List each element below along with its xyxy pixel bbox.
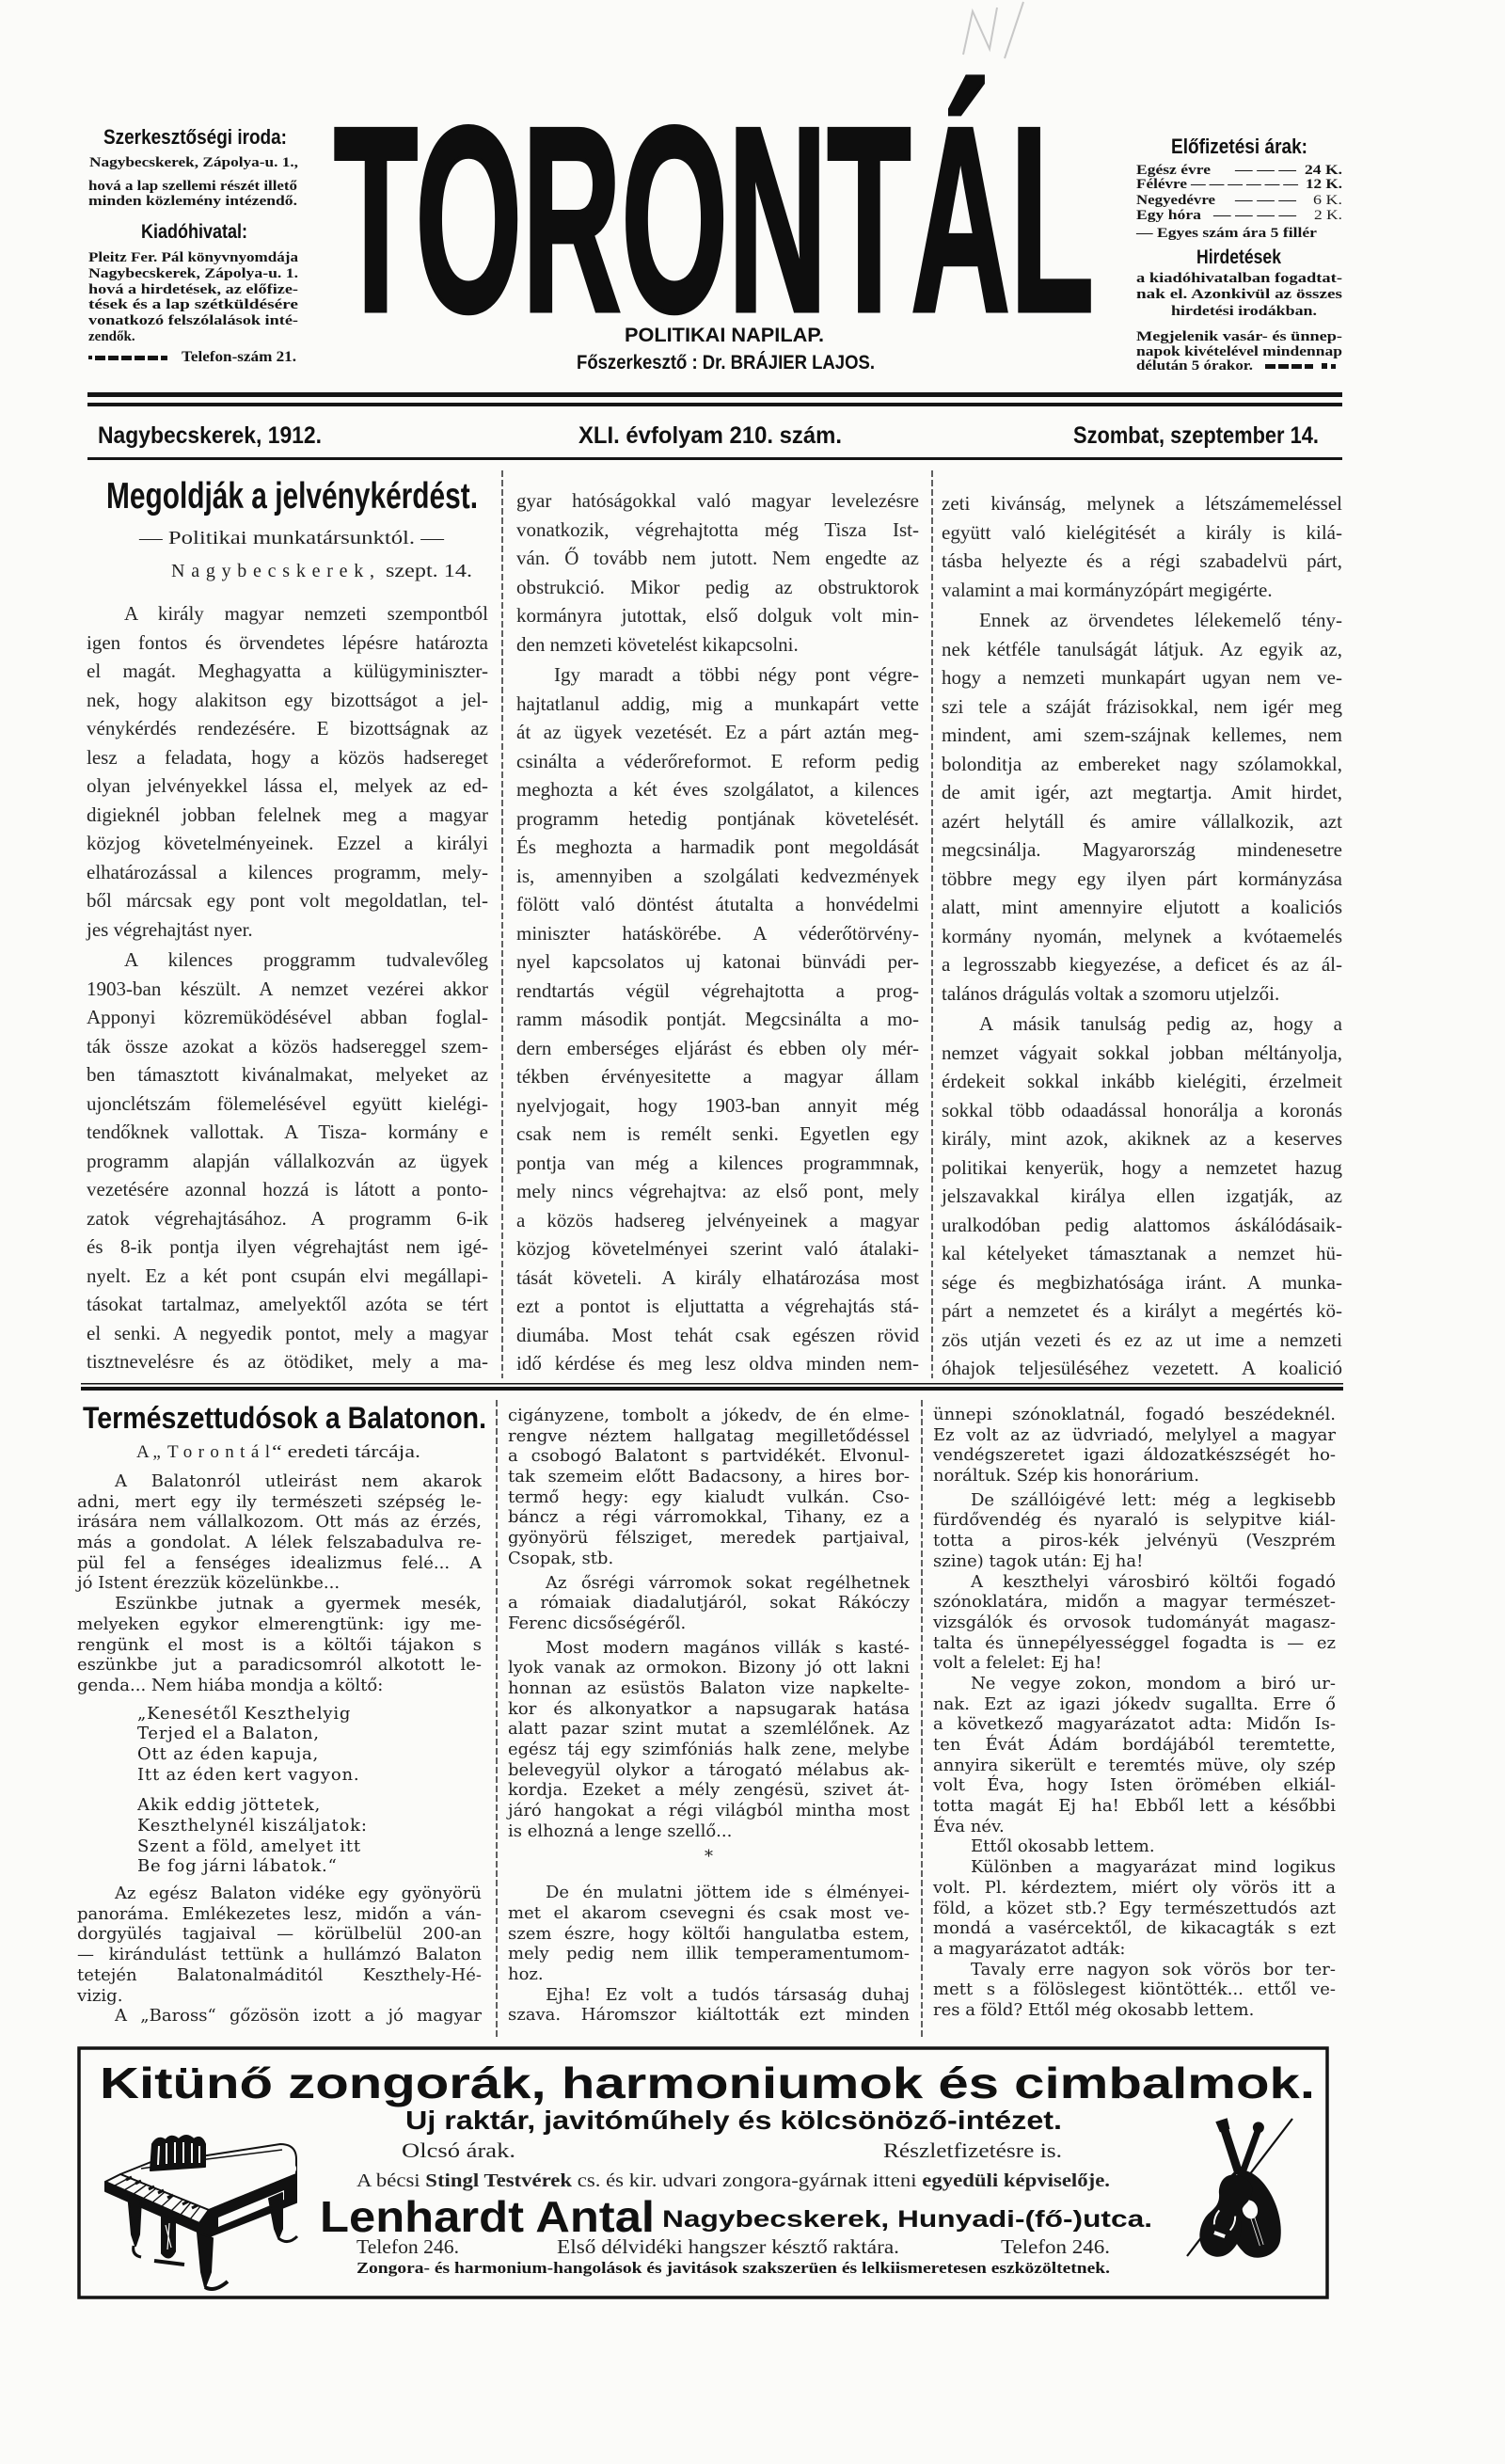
paragraph: A Balatonról utleirást nem akarokadni, m… xyxy=(77,1471,482,1594)
main-article-column-1: A király magyar nemzeti szempontbóligen … xyxy=(87,599,488,1376)
text-line: szónoklatára, midőn a magyar természet- xyxy=(933,1592,1336,1613)
text-line: gyar hatóságokkal való magyar levelezésr… xyxy=(516,486,919,516)
text-line: ván. Ő tovább nem jutott. Nem engedte az xyxy=(516,544,919,573)
ad-subheadline: Uj raktár, javitóműhely és kölcsönöző-in… xyxy=(405,2106,1062,2135)
text-line: a közös hadsereg jelvényeinek a magyar xyxy=(516,1206,919,1235)
text-line: A Balatonról utleirást nem akarok xyxy=(77,1471,482,1492)
ad-address: Nagybecskerek, Hunyadi-(fő-)utca. xyxy=(662,2206,1152,2233)
ads-heading: Hirdetések xyxy=(1196,246,1281,268)
price-row: Félévre — — — — — — 12 K. xyxy=(1136,177,1342,192)
paragraph: A „Baross“ gőzösön izott a jó magyar xyxy=(77,2006,482,2027)
main-article-dateline-place: Nagybecskerek, xyxy=(171,561,374,581)
text-line: pül fel a fenséges idealizmus felé... A xyxy=(77,1553,482,1574)
price-leader: — — — — xyxy=(1212,208,1297,223)
text-line: ben támasztott kivánalmakat, melyeket az xyxy=(87,1060,488,1089)
text-line: jelszavakkal királya ellen izgatják, az xyxy=(942,1182,1342,1211)
text-line: A kilences proggramm tudvalevőleg xyxy=(87,946,488,975)
text-line: más a gondolat. A lélek felszabadulva re… xyxy=(77,1533,482,1553)
nameplate: TORONTÁL POLITIKAI NAPILAP. Főszerkesztő… xyxy=(334,73,1094,374)
text-line: Akik eddig jöttetek, xyxy=(77,1795,482,1816)
feuilleton-column-2: cigányzene, tombolt a jókedv, de én elme… xyxy=(508,1406,910,2026)
ad-right-note: Részletfizetésre is. xyxy=(883,2138,1062,2162)
ad-representation-part: cs. és kir. udvari zongora-gyárnak itten… xyxy=(572,2170,922,2191)
paragraph: „Kenesétől KeszthelyigTerjed el a Balato… xyxy=(77,1704,482,1786)
text-line: mely pedig nem illik temperamentumom- xyxy=(508,1944,910,1964)
text-line: nyelvjogait, hogy 1903-ban annyit még xyxy=(516,1091,919,1121)
text-line: vénykérdés rendezésére. E bizottságnak a… xyxy=(87,714,488,743)
text-line: tásokat tartalmaz, amelyektől azóta se t… xyxy=(87,1290,488,1319)
paragraph: gyar hatóságokkal való magyar levelezésr… xyxy=(516,486,919,659)
text-line: de amit igér, azt megtartja. Amit hirdet… xyxy=(942,778,1342,807)
paragraph: Az ősrégi várromok sokat regélhetneka ró… xyxy=(508,1573,910,1634)
text-line: * xyxy=(508,1847,910,1868)
text-line: nyel kapcsolatos uj katonai bünvádi per- xyxy=(516,947,919,977)
pencil-mark-icon xyxy=(963,2,1023,58)
paragraph: Most modern magános villák s kasté-lyok … xyxy=(508,1638,910,1842)
text-line: Csopak, stb. xyxy=(508,1549,910,1569)
text-line: többre megy egy ilyen párt kormányzása xyxy=(942,865,1342,894)
text-line: Ejha! Ez volt a tudós társaság duhaj xyxy=(508,1985,910,2006)
text-line: el senki. A negyedik pontot, mely a magy… xyxy=(87,1319,488,1348)
text-line: egész táj egy szimfóniás halk zene, mely… xyxy=(508,1740,910,1760)
text-line: adni, mert egy ily természeti szépség le… xyxy=(77,1492,482,1513)
text-line: tetején Balatonalmáditól Keszthely-Hé- xyxy=(77,1965,482,1986)
ad-representation-part: A bécsi xyxy=(356,2170,425,2191)
text-line: Tavaly erre nagyon sok vörös bor ter- xyxy=(933,1960,1336,1980)
text-line: ből márcsak egy pont volt megoldatlan, t… xyxy=(87,886,488,915)
feuilleton-kicker-suffix: “ eredeti tárcája. xyxy=(272,1442,420,1462)
text-line: nemzet vágyait sokkal jobban méltányolja… xyxy=(942,1039,1342,1068)
text-line: valamint a mai kormányzópárt megigérte. xyxy=(942,576,1342,605)
text-line: res a föld? Ettől még okosabb lettem. xyxy=(933,2000,1336,2021)
text-line: „Kenesétől Keszthelyig xyxy=(77,1704,482,1725)
text-line: kor és alkonyatkor a napsugarak hatása xyxy=(508,1699,910,1720)
text-line: diumába. Most tehát csak egészen rövid xyxy=(516,1321,919,1350)
text-line: 1903-ban készült. A nemzet vezérei akkor xyxy=(87,975,488,1004)
text-line: jes végrehajtást nyer. xyxy=(87,915,488,945)
text-line: Különben a magyarázat mind logikus xyxy=(933,1857,1336,1878)
text-line: talta és ünnepélyességgel fogadta is — e… xyxy=(933,1633,1336,1654)
text-line: együtt való kielégitését a király is kil… xyxy=(942,518,1342,548)
text-line: tékben érvényesitette a magyar állam xyxy=(516,1062,919,1091)
text-line: Szent a föld, amelyet itt xyxy=(77,1836,482,1857)
newspaper-subtitle: POLITIKAI NAPILAP. xyxy=(625,325,824,346)
text-line: vizig. xyxy=(77,1986,482,2007)
text-line: Be fog járni lábatok.“ xyxy=(77,1856,482,1877)
text-line: a következő magyarázatot adta: Midőn Is- xyxy=(933,1714,1336,1735)
price-leader: — — — xyxy=(1234,163,1297,178)
publisher-line: tések és a lap szétküldésére xyxy=(88,297,298,312)
text-line: zös utján vezeti és ez az ut ime a nemze… xyxy=(942,1326,1342,1355)
price-row: Negyedévre — — — 6 K. xyxy=(1136,193,1342,208)
text-line: panoráma. Emlékezetes lesz, midőn a ván- xyxy=(77,1904,482,1925)
text-line: programm hetedig pontjának követelését. xyxy=(516,804,919,834)
text-line: vizsgálók és orvosok tudományát magasz- xyxy=(933,1613,1336,1633)
text-line: volt Éva, hogy Isten örömében elkiál- xyxy=(933,1775,1336,1796)
text-line: hajtatlanul addig, mig a munkapárt vette xyxy=(516,690,919,719)
text-line: vezetésére azonnal hozzá is látott a pon… xyxy=(87,1175,488,1204)
text-line: lyok vanak az ormokon. Bizony jó ott lak… xyxy=(508,1658,910,1678)
text-line: den nemzeti követelést kikapcsolni. xyxy=(516,630,919,660)
text-line: Ez volt az az üdvriadó, melylyel a magya… xyxy=(933,1425,1336,1446)
text-line: csak nem is remélt senki. Egyetlen egy xyxy=(516,1120,919,1149)
feuilleton-head: Természettudósok a Balatonon. A „ Toront… xyxy=(83,1401,486,1462)
text-line: kormány nyomán, melynek a kvótaemelés xyxy=(942,922,1342,951)
text-line: ramm második pontját. Megcsinálta a mo- xyxy=(516,1005,919,1034)
text-line: párt a nemzetet és a királyt a megértés … xyxy=(942,1296,1342,1326)
text-line: mindent, ami szem-szájnak kellemes, nem xyxy=(942,721,1342,750)
text-line: szava. Háromszor kiáltották ezt minden xyxy=(508,2005,910,2026)
text-line: a legrosszabb kiegyezése, a deficet és a… xyxy=(942,950,1342,979)
text-line: Igy maradt a többi négy pont végre- xyxy=(516,660,919,690)
paragraph: A keszthelyi városbiró költői fogadószón… xyxy=(933,1572,1336,1674)
paragraph: Ejha! Ez volt a tudós társaság duhajszav… xyxy=(508,1985,910,2026)
price-row: Egész évre — — — 24 K. xyxy=(1136,163,1342,178)
text-line: nek, hogy alakitson egy bizottságot a je… xyxy=(87,686,488,715)
ornament-dashes-icon xyxy=(88,356,167,360)
text-line: el magát. Meghagyatta a külügyminiszter- xyxy=(87,657,488,686)
text-line: alatt, mint amennyire eljutott a koalici… xyxy=(942,893,1342,922)
price-value: 12 K. xyxy=(1306,177,1342,192)
price-leader: — — — xyxy=(1234,193,1297,208)
text-line: ezt a pontot is eljuttatta a végrehajtás… xyxy=(516,1292,919,1321)
ads-line: hirdetési irodákban. xyxy=(1171,304,1317,319)
text-line: olyan jelvényekkel lássa el, melyek az e… xyxy=(87,771,488,801)
issue-date: Szombat, szeptember 14. xyxy=(1073,422,1319,449)
ad-phone-right: Telefon 246. xyxy=(1001,2235,1110,2258)
text-line: met el akarom csevegni és csak most ve- xyxy=(508,1903,910,1924)
price-row: Egy hóra — — — — 2 K. xyxy=(1136,208,1342,223)
text-line: mett s a fölöslegest kiöntötték... ettől… xyxy=(933,1979,1336,2000)
text-line: pontja van még a kilences programmnak, xyxy=(516,1149,919,1178)
text-line: genda... Nem hiába mondja a költő: xyxy=(77,1676,482,1696)
price-value: 2 K. xyxy=(1314,208,1342,223)
string-instruments-illustration xyxy=(1187,2112,1292,2265)
text-line: melyeken egykor elmerengtünk: igy me- xyxy=(77,1614,482,1635)
grand-piano-illustration xyxy=(105,2136,297,2289)
text-line: irására nem vállalkozom. Ott más az érzé… xyxy=(77,1512,482,1533)
text-line: gyönyörü félsziget, meredek partjaival, xyxy=(508,1528,910,1549)
text-line: sokkal több odaadással honorálja a koron… xyxy=(942,1096,1342,1125)
text-line: De én mulatni jöttem ide s élményei- xyxy=(508,1883,910,1903)
paragraph: cigányzene, tombolt a jókedv, de én elme… xyxy=(508,1406,910,1569)
text-line: rengve néztem hallgatag megilletődéssel xyxy=(508,1426,910,1447)
paragraph: zeti kivánság, melynek a létszámemelésse… xyxy=(942,489,1342,604)
text-line: digieknél jobban felelnek meg a magyar xyxy=(87,801,488,830)
text-line: Keszthelynél kiszáljatok: xyxy=(77,1816,482,1836)
text-line: igen fontos és örvendetes lépésre határo… xyxy=(87,628,488,658)
paragraph: A király magyar nemzeti szempontbóligen … xyxy=(87,599,488,944)
paragraph: Tavaly erre nagyon sok vörös bor ter-met… xyxy=(933,1960,1336,2021)
text-line: annyira sikerült e teremtés müve, oly sz… xyxy=(933,1756,1336,1776)
text-line: király, mint azok, akiknek az a keserves xyxy=(942,1124,1342,1153)
ad-representation: A bécsi Stingl Testvérek cs. és kir. udv… xyxy=(356,2170,1110,2191)
paragraph: Ettől okosabb lettem. xyxy=(933,1836,1336,1857)
newspaper-title: TORONTÁL xyxy=(334,73,1094,367)
text-line: kordja. Ezeket a mély zengésü, szivet át… xyxy=(508,1780,910,1801)
paragraph: Különben a magyarázat mind logikusvolt. … xyxy=(933,1857,1336,1959)
main-article-head: Megoldják a jelvénykérdést. — Politikai … xyxy=(106,476,478,581)
text-line: a csobogó Balatont s partvidékét. Elvonu… xyxy=(508,1446,910,1467)
text-line: óhajok teljesüléséhez vezetett. A koalic… xyxy=(942,1354,1342,1383)
text-line: Most modern magános villák s kasté- xyxy=(508,1638,910,1659)
text-line: Éva név. xyxy=(933,1817,1336,1837)
volume-issue: XLI. évfolyam 210. szám. xyxy=(578,422,842,449)
publisher-heading: Kiadóhivatal: xyxy=(141,221,247,243)
ad-services: Zongora- és harmonium-hangolások és javi… xyxy=(356,2259,1110,2277)
text-line: alatt pazar szint mutat a szemlélőnek. A… xyxy=(508,1719,910,1740)
text-line: jó Istent érezzük közelünkbe... xyxy=(77,1573,482,1594)
text-line: tisztnevelésre és az ötödiket, mely a ma… xyxy=(87,1347,488,1376)
text-line: totta magát Ej ha! Ebből lett a későbbi xyxy=(933,1796,1336,1817)
text-line: Az ősrégi várromok sokat regélhetnek xyxy=(508,1573,910,1594)
text-line: elhatározással a kilences programm, mely… xyxy=(87,858,488,887)
text-line: Ennek az örvendetes lélekemelő tény- xyxy=(942,606,1342,635)
text-line: programm alapján vállalkozván az ügyek xyxy=(87,1147,488,1176)
publisher-line: Nagybecskerek, Zápolya-u. 1. xyxy=(88,266,298,281)
text-line: járó hangokat a régi világból mintha mos… xyxy=(508,1801,910,1821)
ads-line: nak el. Azonkivül az összes xyxy=(1136,287,1342,302)
publication-line: napok kivételével mindennap xyxy=(1136,344,1342,359)
text-line: totta a piros-kék jelvényü (Veszprém xyxy=(933,1531,1336,1551)
publication-line: délután 5 órakor. xyxy=(1136,358,1253,374)
text-line: Apponyi közremüködésével abban foglal- xyxy=(87,1003,488,1032)
text-line: dern emberséges eljárást és ebben oly mé… xyxy=(516,1034,919,1063)
ad-phone-left: Telefon 246. xyxy=(356,2235,459,2258)
text-line: volt a felelet: Ej ha! xyxy=(933,1653,1336,1674)
paragraph: Ennek az örvendetes lélekemelő tény-nek … xyxy=(942,606,1342,1008)
text-line: Terjed el a Balaton, xyxy=(77,1724,482,1744)
price-period: Egy hóra xyxy=(1136,208,1202,223)
editorial-office-box: Szerkesztőségi iroda: Nagybecskerek, Záp… xyxy=(88,125,299,365)
main-article-dateline-date: szept. 14. xyxy=(386,561,472,581)
text-line: sége és megbizhatósága iránt. A munka- xyxy=(942,1268,1342,1297)
price-value: 6 K. xyxy=(1313,193,1342,208)
publication-line: Megjelenik vasár- és ünnep- xyxy=(1136,329,1342,344)
text-line: ünnepi szónoklatnál, fogadó beszédeknél. xyxy=(933,1405,1336,1425)
place-and-year: Nagybecskerek, 1912. xyxy=(98,422,322,449)
main-article-column-2: gyar hatóságokkal való magyar levelezésr… xyxy=(516,486,919,1378)
text-line: fölött való döntést átutalta a honvédelm… xyxy=(516,890,919,919)
text-line: termő hegy: egy kialudt vulkán. Cso- xyxy=(508,1487,910,1508)
text-line: A „Baross“ gőzösön izott a jó magyar xyxy=(77,2006,482,2027)
single-issue-price: — Egyes szám ára 5 fillér xyxy=(1135,226,1318,241)
price-value: 24 K. xyxy=(1305,163,1342,178)
ads-line: a kiadóhivatalban fogadtat- xyxy=(1136,271,1342,286)
text-line: tásba helyezte és a régi szabadelvü párt… xyxy=(942,547,1342,576)
text-line: honnan az esüstös Balaton vize napkelte- xyxy=(508,1678,910,1699)
text-line: vendégszeretet igazi áldozatkészségét ho… xyxy=(933,1445,1336,1466)
text-line: meghozta a két éves szolgálatot, a kilen… xyxy=(516,775,919,804)
editorial-note-line: minden közlemény intézendő. xyxy=(88,194,297,209)
text-line: ujonclétszám fölemelésével együtt kielég… xyxy=(87,1089,488,1119)
text-line: szine) tagok után: Ej ha! xyxy=(933,1551,1336,1572)
text-line: A király magyar nemzeti szempontból xyxy=(87,599,488,628)
main-article-byline: — Politikai munkatársunktól. — xyxy=(138,528,445,548)
text-line: vonatkozik, végrehajtotta még Tisza Ist- xyxy=(516,516,919,545)
text-line: idő kérdése és meg lesz oldva minden nem… xyxy=(516,1349,919,1378)
paragraph: * xyxy=(508,1847,910,1868)
editorial-note-line: hová a lap szellemi részét illető xyxy=(88,179,298,194)
feuilleton-column-3: ünnepi szónoklatnál, fogadó beszédeknél.… xyxy=(933,1405,1336,2021)
paragraph: Ne vegye zokon, mondom a biró ur-nak. Ez… xyxy=(933,1674,1336,1837)
paragraph: Igy maradt a többi négy pont végre-hajta… xyxy=(516,660,919,1378)
paragraph: De szállóigévé lett: még a legkisebbfürd… xyxy=(933,1490,1336,1572)
text-line: cigányzene, tombolt a jókedv, de én elme… xyxy=(508,1406,910,1426)
price-leader: — — — — — — xyxy=(1190,177,1299,192)
paragraph: Eszünkbe jutnak a gyermek mesék,melyeken… xyxy=(77,1594,482,1695)
text-line: De szállóigévé lett: még a legkisebb xyxy=(933,1490,1336,1511)
publisher-line: Pleitz Fer. Pál könyvnyomdája xyxy=(88,250,299,265)
text-line: kormányra jutottak, első dolguk volt min… xyxy=(516,601,919,630)
feuilleton-kicker-name: Torontál xyxy=(167,1442,270,1462)
text-line: közjog követelményeinek. Ezzel a királyi xyxy=(87,829,488,858)
piano-advertisement: Kitünő zongorák, harmoniumok és cimbalmo… xyxy=(79,2048,1327,2297)
price-period: Félévre xyxy=(1136,177,1187,192)
paragraph: De én mulatni jöttem ide s élményei-met … xyxy=(508,1883,910,1984)
feuilleton-column-1: A Balatonról utleirást nem akarokadni, m… xyxy=(77,1471,482,2027)
ad-representation-brand: Stingl Testvérek xyxy=(425,2170,573,2191)
subscription-heading: Előfizetési árak: xyxy=(1171,135,1307,158)
issue-dateline: Nagybecskerek, 1912. XLI. évfolyam 210. … xyxy=(98,422,1319,449)
publisher-line: vonatkozó felszólalások inté- xyxy=(88,313,298,328)
text-line: talános drágulás voltak a szomoru utjelz… xyxy=(942,979,1342,1009)
text-line: bolonditja az embereket nagy szólamokkal… xyxy=(942,750,1342,779)
text-line: Az egész Balaton vidéke egy gyönyörü xyxy=(77,1884,482,1904)
feuilleton-headline: Természettudósok a Balatonon. xyxy=(83,1401,486,1435)
text-line: Ne vegye zokon, mondom a biró ur- xyxy=(933,1674,1336,1694)
paragraph: A kilences proggramm tudvalevőleg1903-ba… xyxy=(87,946,488,1376)
text-line: tását követeli. A király elhatározása mo… xyxy=(516,1264,919,1293)
ad-left-note: Olcsó árak. xyxy=(402,2138,515,2162)
feuilleton-kicker-prefix: A „ xyxy=(136,1442,161,1462)
subscription-box: Előfizetési árak: Egész évre — — — 24 K.… xyxy=(1135,135,1342,374)
main-article-column-3: zeti kivánság, melynek a létszámemelésse… xyxy=(942,489,1342,1383)
text-line: ten Évát Ádám bordájából teremtette, xyxy=(933,1735,1336,1756)
text-line: kal kételyeket támasztanak a nemzet hü- xyxy=(942,1239,1342,1268)
text-line: — kirándulást tettünk a hullámzó Balaton xyxy=(77,1945,482,1965)
text-line: uralkodóban pedig alattomos áskálódásaik… xyxy=(942,1211,1342,1240)
text-line: tak szemeim előtt Badacsony, a hires bor… xyxy=(508,1467,910,1487)
text-line: Ott az éden kapuja, xyxy=(77,1744,482,1765)
text-line: szem észre, hogy költői hangulatba estem… xyxy=(508,1924,910,1945)
text-line: nyelt. Ez a két pont csupán elvi megálla… xyxy=(87,1262,488,1291)
text-line: és 8-ik pontja ilyen végrehajtást nem ig… xyxy=(87,1232,488,1262)
text-line: báncz a régi várromokkal, Tihany, ez a xyxy=(508,1507,910,1528)
text-line: eszünkbe jut a paradicsomról alkotott le… xyxy=(77,1655,482,1676)
text-line: föld, a közet stb.? Egy természettudós a… xyxy=(933,1899,1336,1919)
text-line: hoz. xyxy=(508,1964,910,1985)
text-line: Ettől okosabb lettem. xyxy=(933,1836,1336,1857)
editor-in-chief: Főszerkesztő : Dr. BRÁJIER LAJOS. xyxy=(577,352,875,374)
text-line: zatok végrehajtásához. A programm 6-ik xyxy=(87,1204,488,1233)
text-line: volt. Pl. kérdeztem, miért oly vörös itt… xyxy=(933,1878,1336,1899)
text-line: közjog követelményei szerint való átalak… xyxy=(516,1234,919,1264)
text-line: A másik tanulság pedig az, hogy a xyxy=(942,1009,1342,1039)
paragraph: ünnepi szónoklatnál, fogadó beszédeknél.… xyxy=(933,1405,1336,1486)
text-line: is elhozná a lenge szellő... xyxy=(508,1821,910,1842)
price-period: Negyedévre xyxy=(1136,193,1215,208)
ad-representation-part: egyedüli képviselője. xyxy=(922,2170,1110,2191)
text-line: is, amennyiben a szolgálati kedvezmények xyxy=(516,862,919,891)
text-line: azért helytáll és amire vállalkozik, azt xyxy=(942,807,1342,836)
text-line: És meghozta a harmadik pont megoldását xyxy=(516,833,919,862)
editorial-office-heading: Szerkesztőségi iroda: xyxy=(103,125,287,149)
text-line: rengünk el most is a költői tájakon s xyxy=(77,1635,482,1656)
text-line: mely nincs végrehajtva: az első pont, me… xyxy=(516,1177,919,1206)
text-line: szi tele a száját frázisokkal, nem igér … xyxy=(942,692,1342,722)
paragraph: A másik tanulság pedig az, hogy anemzet … xyxy=(942,1009,1342,1383)
text-line: zeti kivánság, melynek a létszámemelésse… xyxy=(942,489,1342,518)
text-line: át az ügyek vezetését. Ez a párt aztán m… xyxy=(516,718,919,747)
publisher-line: zendők. xyxy=(88,329,135,344)
ornament-dashes-icon xyxy=(1265,363,1336,369)
main-article-headline: Megoldják a jelvénykérdést. xyxy=(106,476,478,517)
price-period: Egész évre xyxy=(1136,163,1211,178)
text-line: belevegyül olykor a tárogató mélabus ak- xyxy=(508,1760,910,1781)
text-line: nak. Ezt az igazi jókedv sugallta. Erre … xyxy=(933,1694,1336,1715)
text-line: miniszter hatáskörébe. A véderőtörvény- xyxy=(516,919,919,948)
ad-headline: Kitünő zongorák, harmoniumok és cimbalmo… xyxy=(100,2059,1315,2107)
ad-tagline: Első délvidéki hangszer késztő raktára. xyxy=(557,2235,899,2258)
text-line: a rómaiak diadalutjáról, sokat Rákóczy xyxy=(508,1593,910,1614)
text-line: tendőknek vallottak. A Tisza- kormány e xyxy=(87,1118,488,1147)
text-line: ták össze azokat a közös hadsereggel sze… xyxy=(87,1032,488,1061)
text-line: politikai kenyerük, hogy a nemzetet hazu… xyxy=(942,1153,1342,1183)
section-rule xyxy=(81,1383,1343,1391)
text-line: érdekeit sokkal inkább kielégiti, érzelm… xyxy=(942,1067,1342,1096)
editorial-address: Nagybecskerek, Zápolya-u. 1., xyxy=(89,155,298,170)
text-line: a magyarázatot adták: xyxy=(933,1939,1336,1960)
text-line: hogy a nemzeti munkapárt ugyan nem ve- xyxy=(942,663,1342,692)
text-line: megcsinálja. Magyarország mindenesetre xyxy=(942,835,1342,865)
text-line: mondá a vasércektől, de kikacagták s ezt xyxy=(933,1918,1336,1939)
text-line: csinálta a véderőreformot. E reform pedi… xyxy=(516,747,919,776)
text-line: nek kétféle tanulságát látjuk. Az egyik … xyxy=(942,635,1342,664)
paragraph: Az egész Balaton vidéke egy gyönyörüpano… xyxy=(77,1884,482,2006)
text-line: obstrukció. Mikor pedig az obstruktorok xyxy=(516,573,919,602)
text-line: dorgyülés tagjaival — körülbelül 200-an xyxy=(77,1924,482,1945)
text-line: fürdővendég és nyaraló is selypitve kiál… xyxy=(933,1510,1336,1531)
ad-merchant-name: Lenhardt Antal xyxy=(320,2192,655,2241)
text-line: Ferenc dicsőségéről. xyxy=(508,1614,910,1634)
text-line: A keszthelyi városbiró költői fogadó xyxy=(933,1572,1336,1593)
text-line: Itt az éden kert vagyon. xyxy=(77,1765,482,1786)
text-line: Eszünkbe jutnak a gyermek mesék, xyxy=(77,1594,482,1614)
text-line: rendtartás végül végrehajtotta a prog- xyxy=(516,977,919,1006)
paragraph: Akik eddig jöttetek,Keszthelynél kiszálj… xyxy=(77,1795,482,1877)
text-line: lesz a feladata, hogy a közös hadsereget xyxy=(87,743,488,772)
text-line: noráltuk. Szép kis honorárium. xyxy=(933,1466,1336,1486)
publisher-line: hová a hirdetések, az előfize- xyxy=(88,282,298,297)
phone-number: Telefon-szám 21. xyxy=(182,349,296,365)
